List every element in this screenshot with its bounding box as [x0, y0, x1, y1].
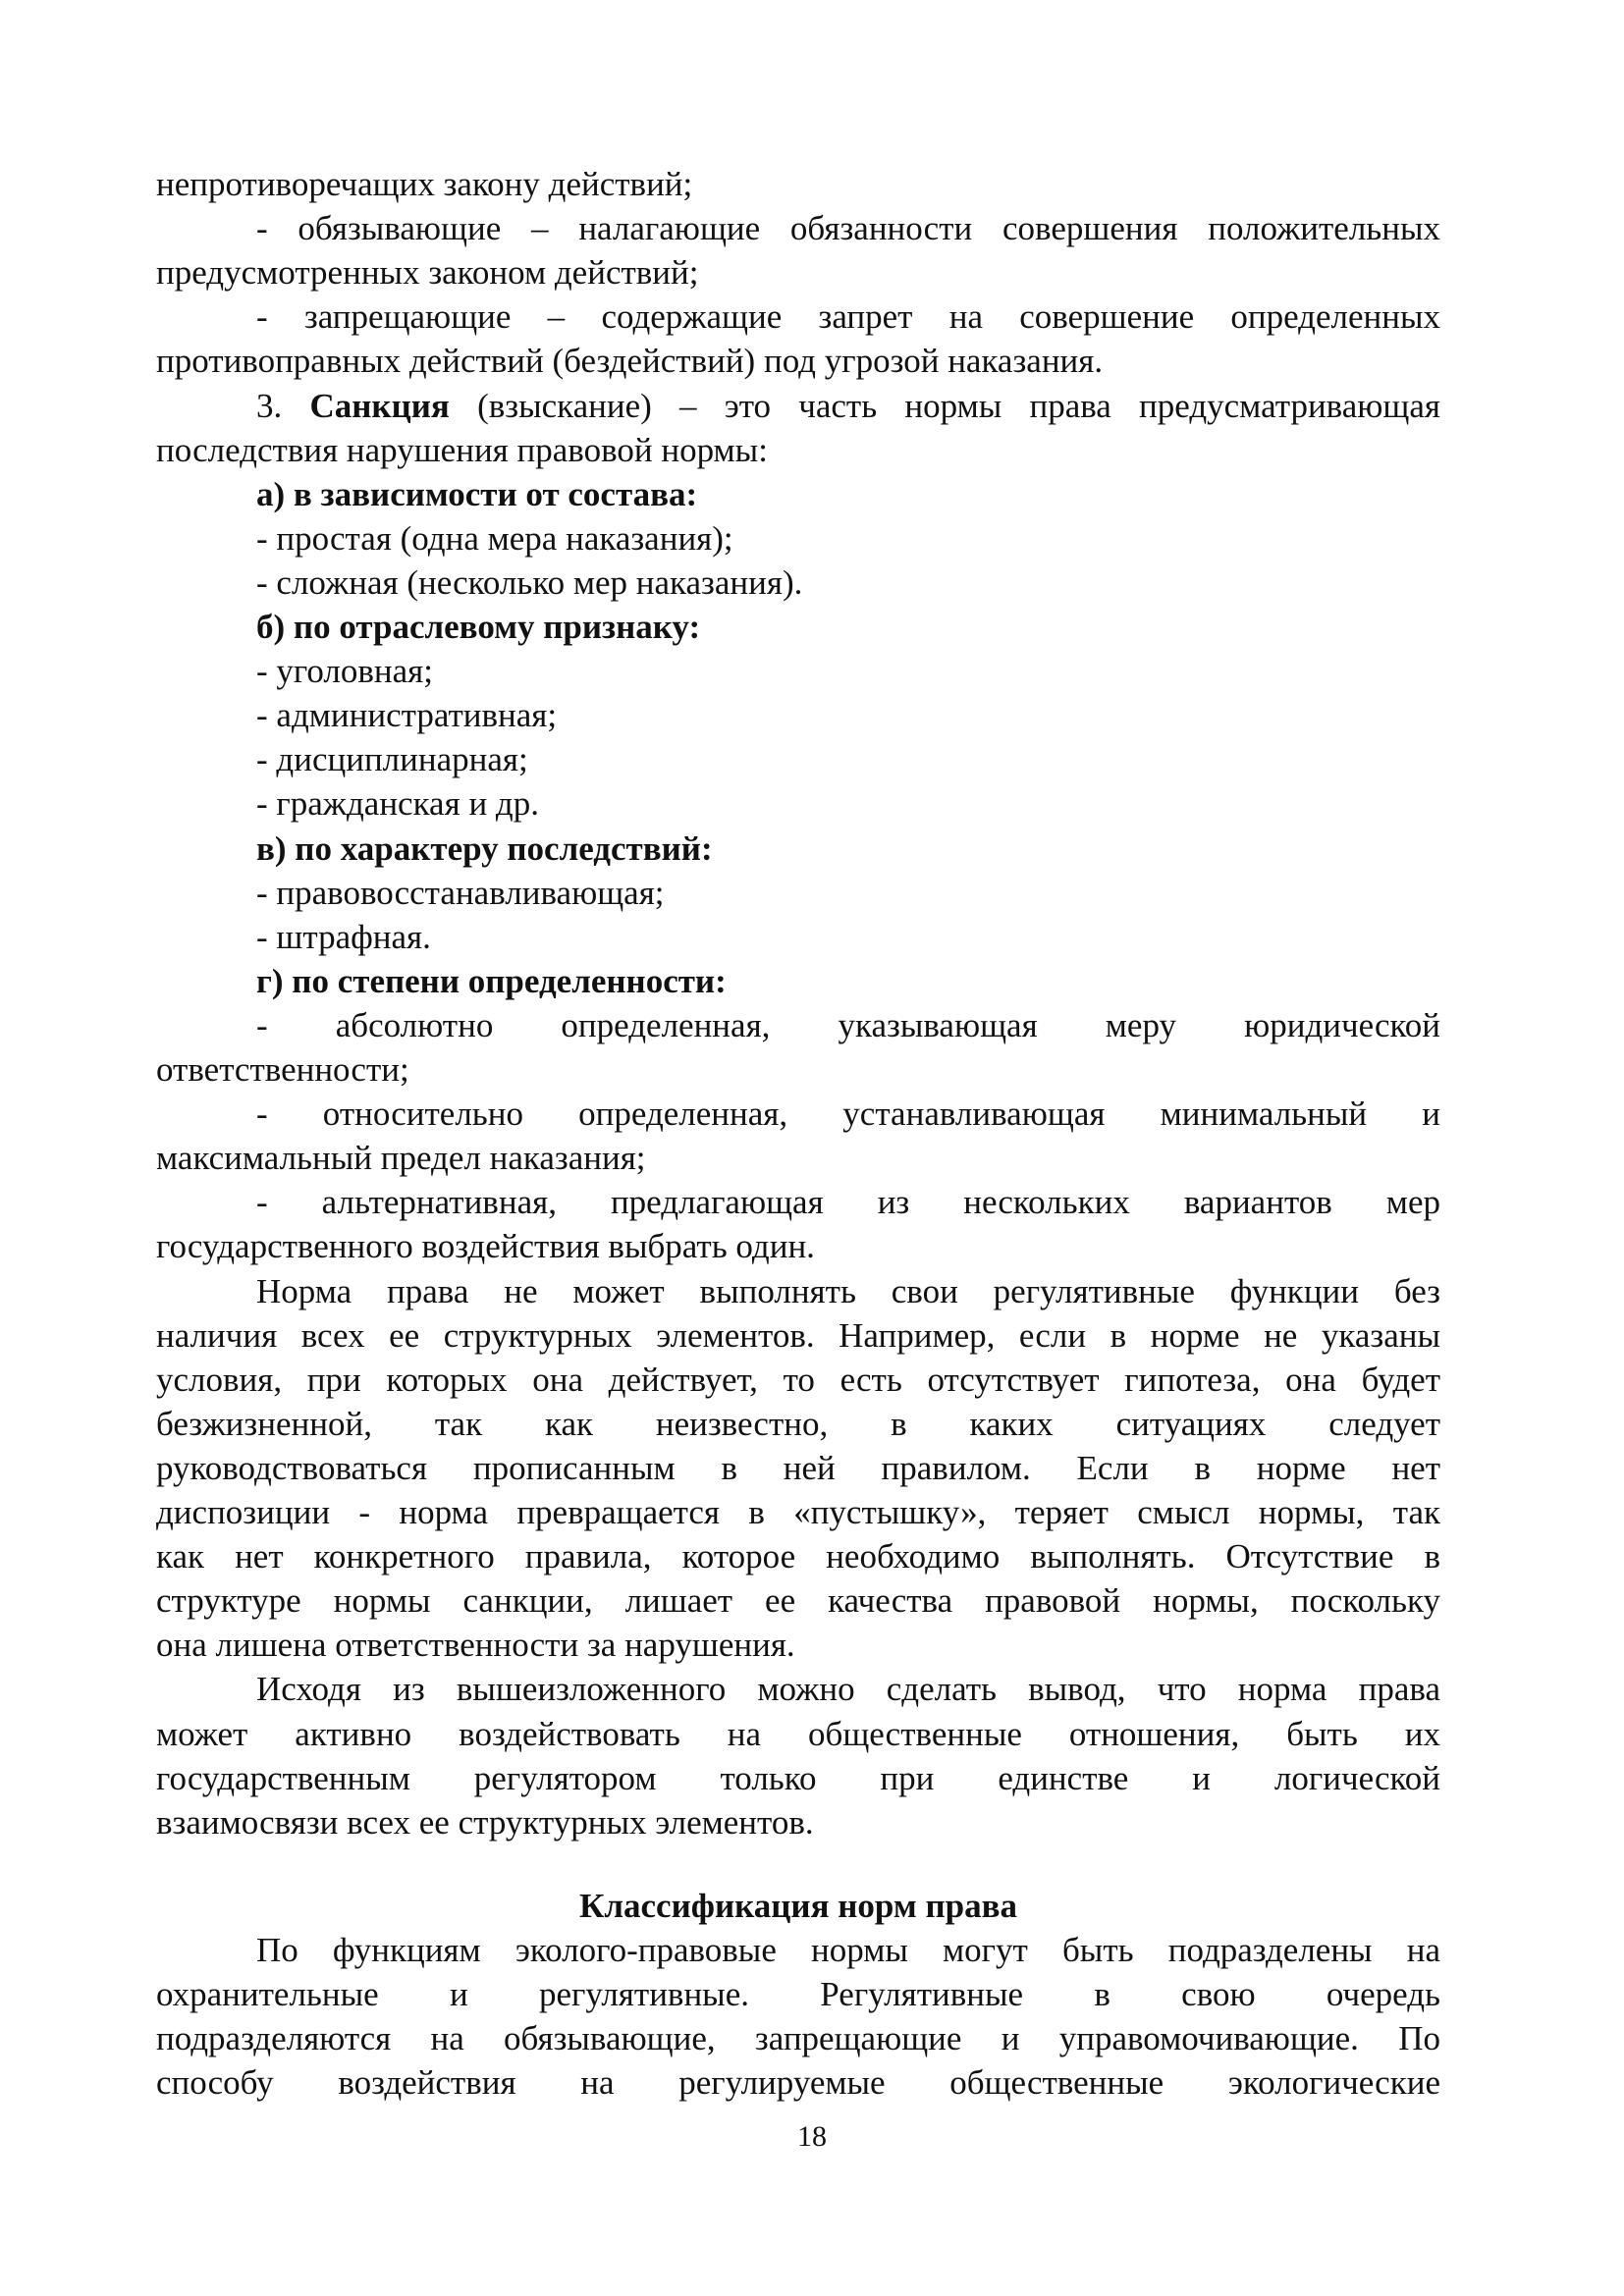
page-number: 18: [0, 2120, 1624, 2154]
text-line: - простая (одна мера наказания);: [256, 516, 1440, 561]
text-line: непротиворечащих закону действий;: [156, 162, 1440, 206]
text-line: По функциям эколого-правовые нормы могут…: [256, 1928, 1440, 1972]
text-line: а) в зависимости от состава:: [256, 472, 1440, 516]
text-line: структуре нормы санкции, лишает ее качес…: [156, 1578, 1440, 1623]
text-line: - альтернативная, предлагающая из нескол…: [256, 1180, 1440, 1224]
text-line: условия, при которых она действует, то е…: [156, 1358, 1440, 1402]
section-heading: Классификация норм права: [156, 1884, 1440, 1928]
text-line: - административная;: [256, 693, 1440, 737]
text-line: - обязывающие – налагающие обязанности с…: [256, 206, 1440, 250]
text-line: - относительно определенная, устанавлива…: [256, 1092, 1440, 1136]
text-line: в) по характеру последствий:: [256, 827, 1440, 871]
text-line: Исходя из вышеизложенного можно сделать …: [256, 1667, 1440, 1711]
bold-term: а) в зависимости от состава:: [256, 475, 697, 513]
text-line: Норма права не может выполнять свои регу…: [256, 1269, 1440, 1313]
bold-term: Санкция: [309, 387, 449, 425]
text-line: подразделяются на обязывающие, запрещающ…: [156, 2016, 1440, 2060]
text-line: - уголовная;: [256, 649, 1440, 693]
text-line: предусмотренных законом действий;: [156, 250, 1440, 294]
text-line: - запрещающие – содержащие запрет на сов…: [256, 294, 1440, 339]
text-line: - дисциплинарная;: [256, 737, 1440, 781]
text-line: - штрафная.: [256, 915, 1440, 959]
text-line: руководствоваться прописанным в ней прав…: [156, 1446, 1440, 1490]
text-line: г) по степени определенности:: [256, 959, 1440, 1003]
text-line: государственным регулятором только при е…: [156, 1756, 1440, 1800]
text-line: может активно воздействовать на обществе…: [156, 1712, 1440, 1756]
text-line: как нет конкретного правила, которое нео…: [156, 1534, 1440, 1578]
text-line: наличия всех ее структурных элементов. Н…: [156, 1313, 1440, 1358]
text-line: государственного воздействия выбрать оди…: [156, 1224, 1440, 1268]
text-line: способу воздействия на регулируемые обще…: [156, 2060, 1440, 2105]
text-line: охранительные и регулятивные. Регулятивн…: [156, 1972, 1440, 2016]
text-line: б) по отраслевому признаку:: [256, 605, 1440, 649]
text-line: - правовосстанавливающая;: [256, 871, 1440, 915]
bold-term: в) по характеру последствий:: [256, 829, 713, 868]
text-line: - гражданская и др.: [256, 781, 1440, 826]
bold-term: г) по степени определенности:: [256, 962, 727, 1000]
text-line: последствия нарушения правовой нормы:: [156, 428, 1440, 472]
bold-term: б) по отраслевому признаку:: [256, 608, 700, 646]
text-line: 3. Санкция (взыскание) – это часть нормы…: [256, 384, 1440, 428]
text-line: безжизненной, так как неизвестно, в каки…: [156, 1402, 1440, 1446]
text-line: - сложная (несколько мер наказания).: [256, 561, 1440, 605]
text-line: - абсолютно определенная, указывающая ме…: [256, 1003, 1440, 1047]
document-page: непротиворечащих закону действий;- обязы…: [0, 0, 1624, 2296]
text-line: взаимосвязи всех ее структурных элементо…: [156, 1800, 1440, 1844]
text-line: она лишена ответственности за нарушения.: [156, 1623, 1440, 1667]
text-line: максимальный предел наказания;: [156, 1136, 1440, 1180]
text-line: противоправных действий (бездействий) по…: [156, 339, 1440, 383]
text-line: диспозиции - норма превращается в «пусты…: [156, 1490, 1440, 1534]
text-line: ответственности;: [156, 1047, 1440, 1092]
